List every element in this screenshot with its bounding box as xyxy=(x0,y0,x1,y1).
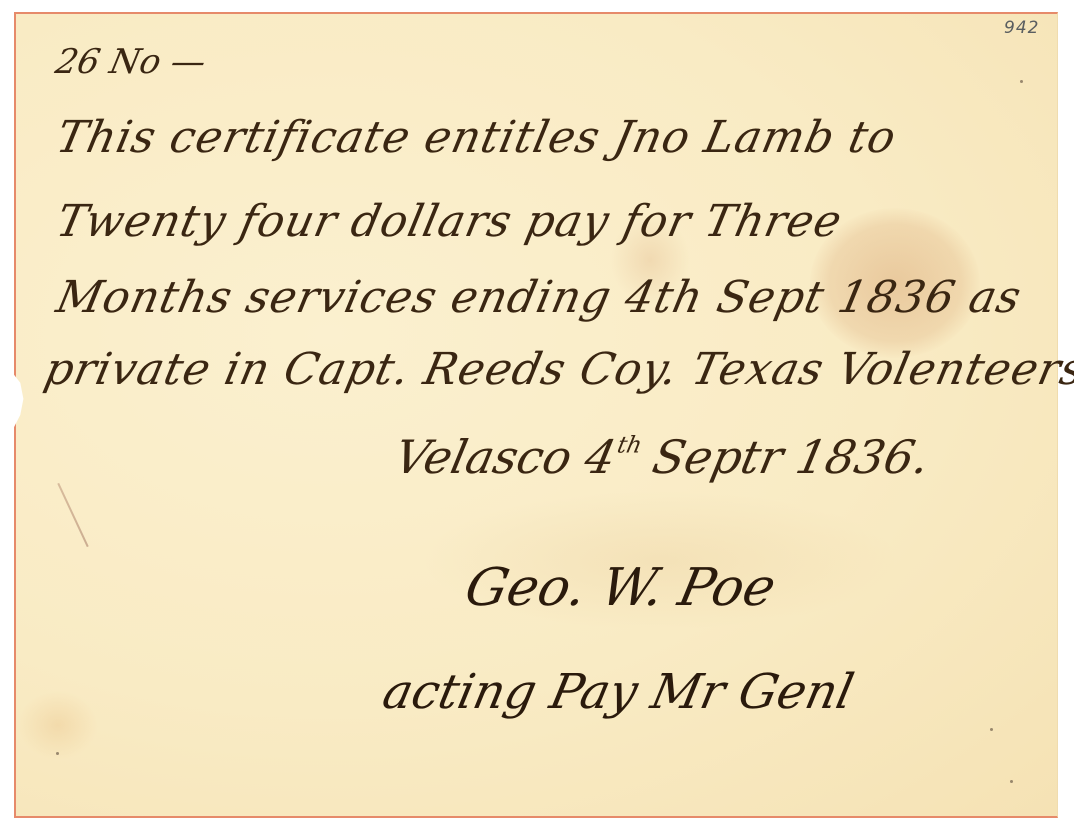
folio-number: 942 xyxy=(1004,18,1039,38)
signature: Geo. W. Poe xyxy=(460,558,781,618)
body-line-4: private in Capt. Reeds Coy. Texas Volent… xyxy=(40,344,1074,395)
speck xyxy=(56,752,59,755)
dateline-year: 1836. xyxy=(791,430,934,484)
dateline-month: Septr xyxy=(648,430,788,484)
speck xyxy=(990,728,993,731)
dateline-place: Velasco xyxy=(390,430,577,484)
body-line-2: Twenty four dollars pay for Three xyxy=(52,196,847,247)
speck xyxy=(1020,80,1023,83)
body-line-3: Months services ending 4th Sept 1836 as xyxy=(52,272,1026,323)
dateline-day-suffix: th xyxy=(615,432,645,458)
body-line-1: This certificate entitles Jno Lamb to xyxy=(52,112,901,163)
document-scan: 942 26 No — This certificate entitles Jn… xyxy=(0,0,1074,832)
signer-title: acting Pay Mr Genl xyxy=(378,664,858,720)
certificate-reference: 26 No — xyxy=(52,42,210,82)
dateline: Velasco 4th Septr 1836. xyxy=(390,430,934,484)
speck xyxy=(1010,780,1013,783)
